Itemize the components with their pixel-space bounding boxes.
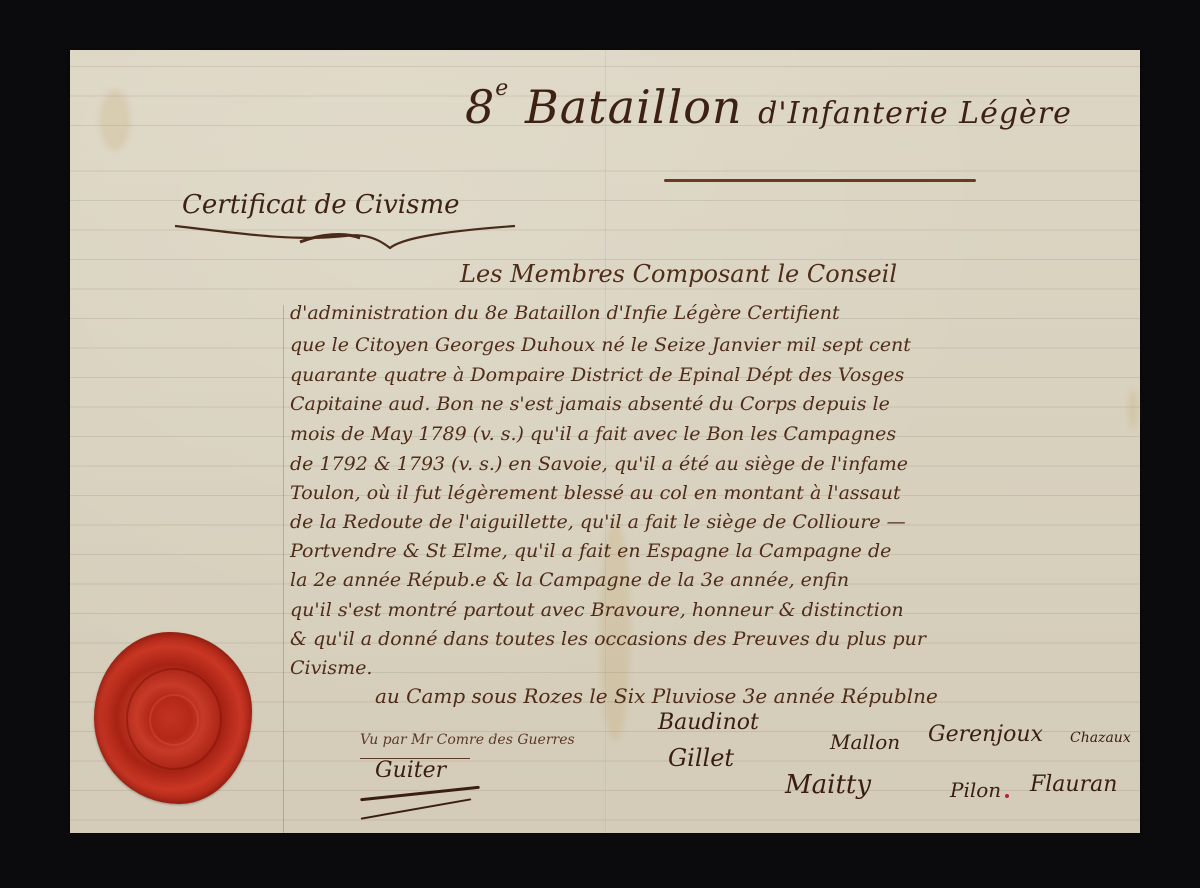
- signature-flourish: [361, 798, 472, 819]
- heading-ordinal-sup: e: [495, 76, 509, 101]
- wax-seal: [94, 632, 252, 804]
- body-line: Les Membres Composant le Conseil: [460, 260, 897, 288]
- signature-chazaux: Chazaux: [1070, 730, 1131, 746]
- signature-guiter: Guiter: [375, 758, 446, 783]
- body-line: Portvendre & St Elme, qu'il a fait en Es…: [290, 540, 891, 562]
- heading-title-main: Bataillon: [525, 80, 743, 134]
- body-line: & qu'il a donné dans toutes les occasion…: [290, 628, 926, 650]
- body-line: Capitaine aud. Bon ne s'est jamais absen…: [290, 393, 890, 415]
- signature-pilon: Pilon: [950, 778, 1001, 802]
- signature-maitty: Maitty: [785, 770, 871, 800]
- title-flourish: [170, 222, 520, 252]
- body-line: de 1792 & 1793 (v. s.) en Savoie, qu'il …: [290, 453, 908, 475]
- date-place-line: au Camp sous Rozes le Six Pluviose 3e an…: [375, 684, 938, 708]
- body-line: Toulon, où il fut légèrement blessé au c…: [290, 482, 901, 504]
- signature-flauran: Flauran: [1030, 772, 1117, 797]
- signature-gerenjoux: Gerenjoux: [928, 722, 1043, 747]
- battalion-heading: 8e Bataillon d'Infanterie Légère: [465, 80, 1072, 134]
- margin-line: [283, 305, 284, 833]
- signature-gillet: Gillet: [668, 744, 734, 772]
- body-line: la 2e année Répub.e & la Campagne de la …: [290, 569, 849, 591]
- signature-baudinot: Baudinot: [658, 710, 759, 735]
- manuscript-document: 8e Bataillon d'Infanterie Légère Certifi…: [70, 50, 1140, 833]
- heading-ordinal: 8: [465, 80, 495, 134]
- visa-line: Vu par Mr Comre des Guerres: [360, 732, 575, 748]
- paper-stain: [100, 90, 130, 150]
- seal-impression-center: [149, 694, 199, 746]
- paper-stain: [1128, 390, 1138, 430]
- red-ink-dot: [1005, 794, 1009, 798]
- heading-underline: [664, 179, 976, 182]
- certificate-title: Certificat de Civisme: [182, 190, 459, 220]
- body-line: qu'il s'est montré partout avec Bravoure…: [290, 599, 904, 621]
- body-line: mois de May 1789 (v. s.) qu'il a fait av…: [290, 423, 896, 445]
- signature-mallon: Mallon: [830, 730, 900, 754]
- body-line: que le Citoyen Georges Duhoux né le Seiz…: [290, 334, 911, 356]
- body-line: d'administration du 8e Bataillon d'Infie…: [290, 302, 840, 324]
- heading-title-rest: d'Infanterie Légère: [758, 96, 1072, 131]
- body-line: quarante quatre à Dompaire District de E…: [290, 364, 904, 386]
- body-line: Civisme.: [290, 657, 372, 679]
- body-line: de la Redoute de l'aiguillette, qu'il a …: [290, 511, 906, 533]
